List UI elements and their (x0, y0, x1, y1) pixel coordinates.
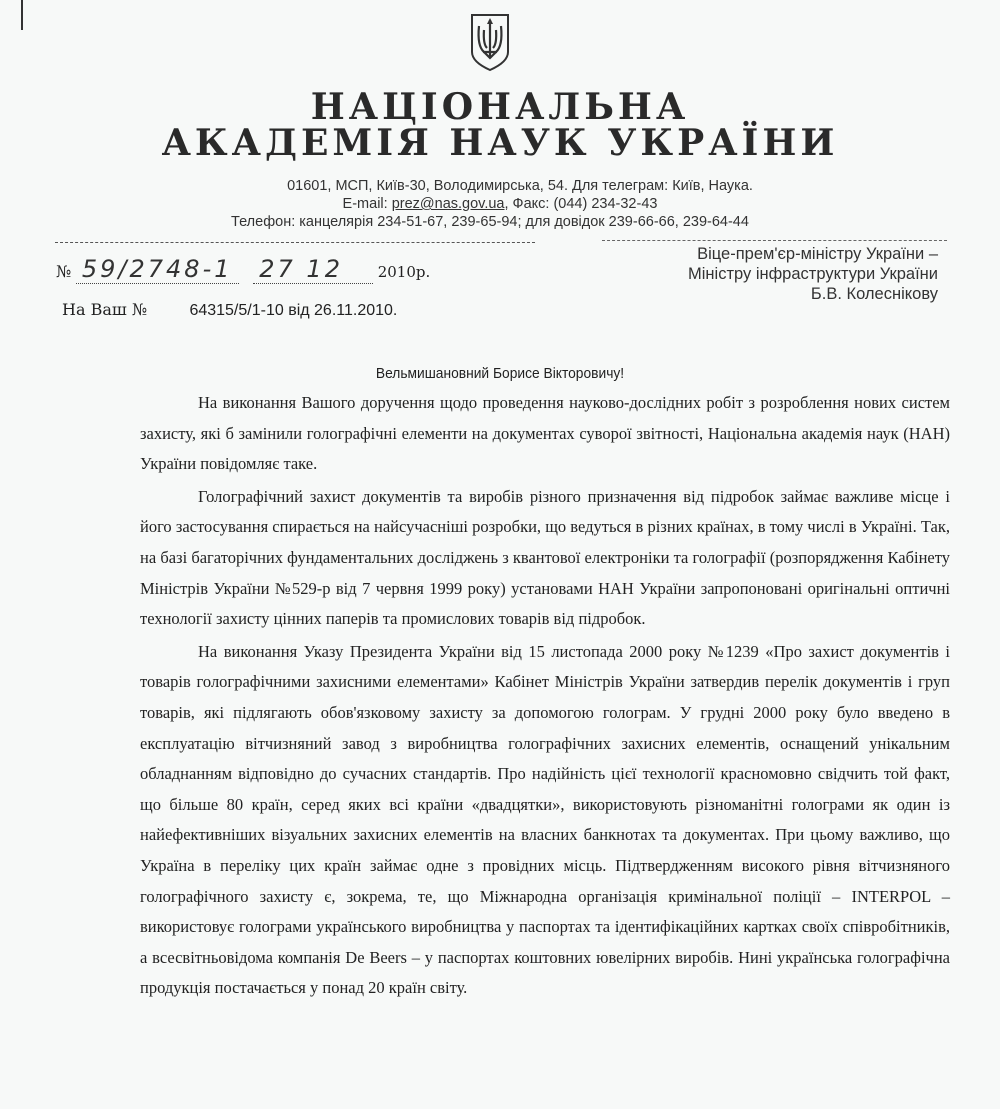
contact-line: E-mail: prez@nas.gov.ua, Факс: (044) 234… (0, 195, 1000, 214)
reference-year: 2010р. (378, 263, 431, 281)
addressee-line2: Міністру інфраструктури України (688, 264, 938, 284)
reference-date: 27 12 (253, 255, 373, 284)
paragraph: На виконання Указу Президента України ві… (140, 637, 950, 1004)
addressee-line1: Віце-прем'єр-міністру України – (688, 244, 938, 264)
phone-numbers: Телефон: канцелярія 234-51-67, 239-65-94… (0, 213, 990, 232)
margin-mark (21, 0, 23, 30)
paragraph: Голографічний захист документів та вироб… (140, 482, 950, 635)
salutation: Вельмишановний Борисе Вікторовичу! (40, 365, 960, 382)
your-ref-value: 64315/5/1-10 від 26.11.2010. (189, 302, 397, 319)
email-link[interactable]: prez@nas.gov.ua (392, 196, 505, 212)
outgoing-reference: № 59/2748-1 27 12 2010р. (56, 255, 430, 284)
divider-left (55, 242, 535, 243)
email-label: E-mail: (343, 196, 392, 212)
reference-number: 59/2748-1 (76, 255, 239, 284)
letter-body: На виконання Вашого доручення щодо прове… (140, 388, 950, 1006)
paragraph: На виконання Вашого доручення щодо прове… (140, 388, 950, 480)
fax-number: , Факс: (044) 234-32-43 (505, 196, 658, 212)
your-ref-label: На Ваш № (62, 300, 147, 319)
divider-right (602, 240, 947, 241)
postal-address: 01601, МСП, Київ-30, Володимирська, 54. … (20, 177, 1000, 196)
addressee-block: Віце-прем'єр-міністру України – Міністру… (688, 244, 938, 304)
addressee-name: Б.В. Колеснікову (688, 284, 938, 304)
trident-coat-of-arms-icon (469, 12, 511, 72)
number-sign: № (56, 262, 71, 281)
incoming-reference: На Ваш № 64315/5/1-10 від 26.11.2010. (62, 300, 397, 320)
org-title-line2: АКАДЕМІЯ НАУК УКРАЇНИ (0, 122, 1000, 164)
